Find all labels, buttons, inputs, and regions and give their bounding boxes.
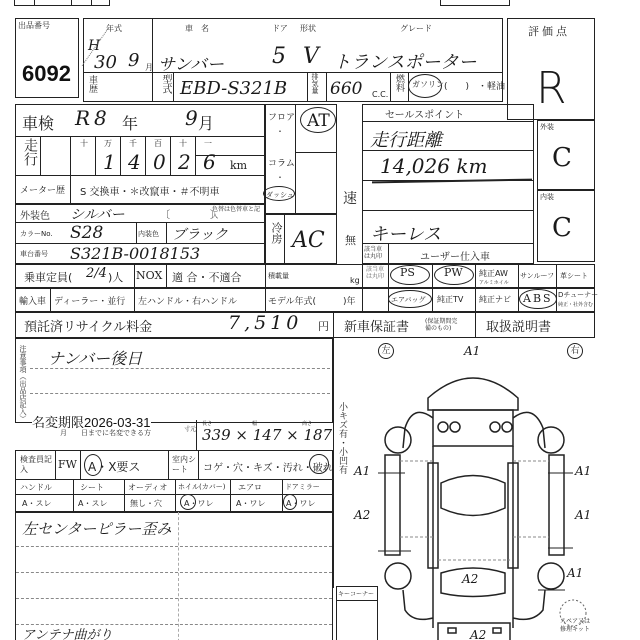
door-label: ドア — [272, 23, 288, 34]
divider — [15, 222, 265, 223]
equipment-airbag-circle — [388, 290, 432, 308]
interior-score: C — [552, 213, 572, 243]
equipment-side-note: 該当車は丸印 — [366, 266, 388, 280]
dimensions-label: 寸元 — [184, 424, 196, 433]
warranty-note: (保証期間完備のもの) — [425, 318, 459, 332]
fuel-paren: ( ) — [444, 79, 469, 92]
equipment-ps-circle — [390, 265, 430, 285]
inspection-era: R — [75, 106, 90, 130]
digit-label: 万 — [104, 138, 112, 149]
exterior-bracket: 〔 〕 — [160, 206, 220, 221]
top-strip-divider — [71, 0, 72, 6]
equipment-dtuner: Dチューナー — [558, 290, 598, 300]
divider — [282, 479, 283, 512]
interior-score-box: 内装 C — [537, 190, 595, 262]
mileage-digit: 0 — [153, 150, 166, 174]
mileage-label: 走行 — [20, 138, 40, 166]
lot-number: 6092 — [22, 61, 71, 87]
car-name-label: 車名 — [185, 23, 217, 34]
model-label: 型式 — [158, 74, 173, 94]
fuel-circle — [408, 74, 442, 98]
chassis-number: S321B-0018153 — [70, 244, 200, 263]
displacement: 660 — [330, 79, 362, 99]
spare-kit-label: スペア又は修理キット — [560, 618, 590, 634]
sales-point-line3: キーレス — [370, 220, 441, 246]
capacity-value: 2/4 — [86, 266, 107, 281]
mileage-unit: km — [230, 159, 247, 172]
divider — [475, 312, 476, 338]
ac-label: 冷房 — [268, 222, 284, 244]
mileage-digit: 4 — [128, 150, 141, 174]
month-unit: 月 — [145, 62, 153, 73]
header-divider — [326, 72, 327, 102]
exterior-score-label: 外装 — [540, 122, 554, 132]
divider — [230, 479, 231, 512]
fuel-diesel: ・軽油 — [478, 79, 505, 92]
mileage-digit: 1 — [103, 150, 116, 174]
divider — [15, 175, 265, 176]
header-divider — [390, 72, 391, 102]
grade: トランスポーター — [333, 48, 476, 74]
damage-mark-right-rear-door: A1 — [575, 508, 591, 522]
lot-number-box: 出品番号 6092 — [15, 18, 79, 98]
divider — [362, 121, 534, 122]
interior-color-label: 内装色 — [138, 229, 159, 239]
inspection-year: 8 — [94, 106, 107, 130]
nox-options: 適 合・不適合 — [172, 269, 242, 285]
divider — [40, 136, 41, 175]
remarks-line — [16, 598, 332, 599]
color-no-label: カラーNo. — [20, 229, 53, 239]
meter-history-options: S 交換車・＊改竄車・＃不明車 — [80, 183, 220, 198]
divider — [70, 136, 71, 175]
divider — [55, 450, 56, 479]
recycle-unit: 円 — [318, 318, 329, 334]
equipment-dtuner-sub: 純正・社外含む — [558, 301, 593, 308]
part-audio-value: 無し・穴 — [130, 498, 162, 509]
divider — [145, 136, 146, 175]
divider — [175, 479, 176, 512]
part-handle-label: ハンドル — [20, 482, 52, 493]
header-divider — [173, 72, 174, 102]
top-strip-divider — [91, 0, 92, 6]
equipment-leather: 革シート — [560, 271, 588, 281]
divider — [388, 264, 389, 312]
header-divider — [307, 72, 308, 102]
load-unit: kg — [350, 276, 360, 285]
divider — [295, 152, 337, 153]
interior-score-label: 内装 — [540, 192, 554, 202]
divider — [95, 136, 96, 175]
ac-none: 無 — [345, 232, 356, 248]
top-strip — [14, 0, 110, 6]
history-label: 車歴 — [86, 75, 99, 93]
divider — [166, 264, 167, 288]
shift-dot: ・ — [276, 172, 284, 183]
exterior-score-box: 外装 C — [537, 120, 595, 190]
damage-mark-rear-hatch: A2 — [462, 572, 478, 586]
divider — [295, 104, 296, 214]
exterior-score: C — [552, 143, 572, 173]
top-strip-right — [440, 0, 510, 6]
equipment-tv: 純正TV — [437, 294, 463, 305]
damage-mark-front: A1 — [464, 344, 480, 358]
interior-color: ブラック — [172, 224, 228, 244]
divider — [15, 136, 265, 137]
divider — [120, 136, 121, 175]
divider — [166, 222, 167, 243]
car-name: サンバー — [158, 50, 224, 75]
remark-1: 左センターピラー歪み — [22, 518, 171, 539]
part-aero-label: エアロ — [238, 482, 262, 493]
cc-unit: C.C. — [372, 90, 388, 99]
inspection-month-unit: 月 — [198, 111, 214, 134]
equipment-abs-circle — [519, 289, 557, 309]
model-year-unit: )年 — [343, 294, 356, 307]
digit-label: 十 — [80, 138, 88, 149]
note-line — [30, 393, 330, 394]
digit-label: 十 — [179, 138, 187, 149]
part-seat-label: シート — [80, 482, 104, 493]
nox-label: NOX — [136, 269, 162, 282]
import-dealer: ディーラー・並行 — [54, 294, 125, 307]
inspection-year-unit: 年 — [122, 111, 138, 134]
score-label: 評価点 — [528, 23, 570, 39]
transmission-circle — [300, 107, 336, 133]
digit-label: 一 — [204, 138, 212, 149]
mileage-digit: 2 — [178, 150, 191, 174]
part-aero-value: A・ワレ — [236, 498, 265, 509]
car-damage-diagram — [333, 338, 640, 640]
divider — [50, 288, 51, 312]
chassis-label: 車台番号 — [20, 249, 48, 259]
year-value: 30 — [94, 52, 117, 73]
remarks-line — [16, 572, 332, 573]
damage-mark-right-front-door: A1 — [575, 464, 591, 478]
divider — [136, 222, 137, 243]
shift-column: コラム — [268, 156, 295, 169]
seat-tear-circle — [309, 454, 329, 474]
divider — [124, 479, 125, 512]
divider — [432, 264, 433, 312]
equipment-aw: 純正AW — [479, 268, 508, 279]
remarks-divider — [178, 512, 179, 640]
fuel-label: 燃料 — [393, 74, 406, 92]
mirror-a-circle — [283, 494, 297, 510]
divider — [168, 450, 169, 479]
digit-label: 百 — [154, 138, 162, 149]
exterior-color-label: 外装色 — [20, 207, 50, 222]
meter-history-label: メーター歴 — [20, 183, 65, 196]
divider — [518, 264, 519, 312]
divider — [388, 243, 389, 264]
damage-mark-rear-bumper: A2 — [470, 628, 486, 640]
note-line — [30, 368, 330, 369]
remark-4: アンテナ曲がり — [22, 624, 112, 640]
notes-label: 注意事項（出品店記入） — [18, 345, 28, 422]
import-label: 輸入車 — [19, 294, 46, 307]
divider — [170, 136, 171, 175]
equipment-navi: 純正ナビ — [479, 294, 511, 305]
name-change-deadline: 月 日までに名変できる方 — [60, 428, 151, 438]
recycle-amount: 7,510 — [228, 312, 302, 334]
part-wheel-label: ホイル(カバー) — [178, 482, 225, 492]
notes-line1: ナンバー後日 — [48, 346, 142, 369]
part-handle-value: A・スレ — [22, 498, 51, 509]
divider — [556, 264, 557, 312]
mark-note: 該当車は丸印 — [364, 246, 386, 260]
displacement-label: 排気量 — [310, 73, 320, 94]
user-purchase: ユーザー仕入車 — [420, 248, 490, 263]
inspector-label: 検査員記入 — [20, 455, 54, 475]
body-shape: V — [303, 44, 319, 69]
model-code: EBD-S321B — [180, 78, 287, 99]
capacity-label-post: )人 — [108, 269, 123, 285]
divider — [284, 214, 285, 264]
manual-label: 取扱説明書 — [486, 316, 551, 335]
inspection-month: 9 — [185, 106, 198, 130]
lot-number-label: 出品番号 — [18, 20, 50, 31]
grade-label: グレード — [400, 23, 432, 34]
wheel-a-circle — [180, 494, 196, 510]
recycle-label: 預託済リサイクル料金 — [24, 316, 152, 335]
exterior-color: シルバー — [70, 204, 125, 224]
divider — [475, 264, 476, 312]
inspection-label: 車検 — [22, 111, 54, 134]
equipment-sunroof: サンルーフ — [520, 271, 554, 281]
fw-label: FW — [58, 458, 77, 471]
part-seat-value: A・スレ — [78, 498, 107, 509]
shift-floor: フロア — [268, 110, 295, 123]
fw-a-circle — [84, 454, 102, 476]
warranty-label: 新車保証書 — [344, 316, 409, 335]
capacity-label-pre: 乗車定員( — [24, 269, 72, 285]
part-mirror-label: ドアミラー — [285, 482, 320, 492]
equipment-pw-circle — [434, 265, 474, 285]
color-change-note: 色替は色替車と記入 — [212, 206, 262, 220]
shift-dash-circle — [263, 186, 295, 201]
divider — [15, 479, 333, 480]
shape-label: 形状 — [300, 23, 316, 34]
divider — [196, 420, 197, 450]
header-divider — [152, 18, 153, 102]
digit-label: 千 — [129, 138, 137, 149]
divider — [362, 210, 534, 211]
equipment-aw-sub: アルミホイル — [479, 279, 509, 286]
divider — [333, 312, 334, 338]
speed-label: 速 — [343, 188, 357, 208]
seat-label: 室内シート — [172, 455, 196, 475]
divider — [80, 450, 81, 479]
divider — [73, 479, 74, 512]
damage-mark-right-quarter: A1 — [567, 566, 583, 580]
score-value: R — [536, 63, 567, 114]
damage-mark-left-front-door: A1 — [354, 464, 370, 478]
sales-point-label: セールスポイント — [385, 106, 464, 121]
shift-dot: ・ — [276, 126, 284, 137]
sales-point-line1: 走行距離 — [370, 126, 442, 152]
dimensions: 339 × 147 × 187 — [202, 426, 332, 444]
load-label: 積載量 — [268, 271, 289, 281]
color-no: S28 — [70, 223, 103, 243]
month-value: 9 — [128, 50, 139, 71]
damage-mark-left-rear-door: A2 — [354, 508, 370, 522]
remarks-line — [16, 546, 332, 547]
sales-point-line2: 14,026 km — [380, 154, 487, 178]
top-strip-divider — [34, 0, 35, 6]
divider — [70, 175, 71, 204]
import-handle: 左ハンドル・右ハンドル — [138, 294, 237, 307]
model-year-label: モデル年式( — [268, 294, 316, 307]
door-count: 5 — [272, 44, 286, 69]
mileage-digit: 6 — [203, 150, 216, 174]
ac-value: AC — [292, 228, 325, 253]
divider — [198, 450, 199, 479]
part-audio-label: オーディオ — [128, 482, 167, 493]
